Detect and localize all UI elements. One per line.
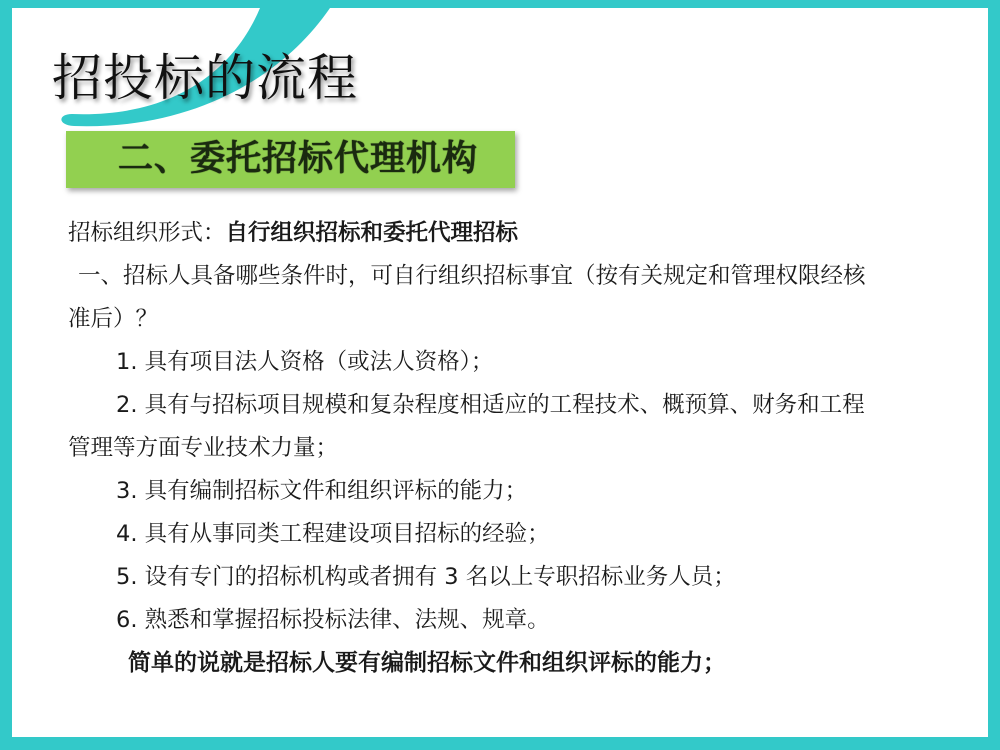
condition-item-1: 1. 具有项目法人资格（或法人资格）； <box>68 341 968 384</box>
slide-title: 招投标的流程 <box>52 48 358 108</box>
condition-item-2: 2. 具有与招标项目规模和复杂程度相适应的工程技术、概预算、财务和工程 <box>68 384 968 427</box>
slide-canvas: 招投标的流程 二、委托招标代理机构 招标组织形式：自行组织招标和委托代理招标 一… <box>12 8 988 737</box>
section-header-text: 二、委托招标代理机构 <box>118 137 478 182</box>
question-line-2: 准后）？ <box>68 298 968 341</box>
organization-form-line: 招标组织形式：自行组织招标和委托代理招标 <box>68 212 968 255</box>
question-line-1: 一、招标人具备哪些条件时，可自行组织招标事宜（按有关规定和管理权限经核 <box>68 255 968 298</box>
slide-body: 招标组织形式：自行组织招标和委托代理招标 一、招标人具备哪些条件时，可自行组织招… <box>68 212 968 685</box>
summary-statement: 简单的说就是招标人要有编制招标文件和组织评标的能力； <box>68 642 968 685</box>
condition-item-4: 4. 具有从事同类工程建设项目招标的经验； <box>68 513 968 556</box>
condition-item-6: 6. 熟悉和掌握招标投标法律、法规、规章。 <box>68 599 968 642</box>
section-header-bar: 二、委托招标代理机构 <box>66 131 515 188</box>
condition-item-5: 5. 设有专门的招标机构或者拥有 3 名以上专职招标业务人员； <box>68 556 968 599</box>
condition-item-3: 3. 具有编制招标文件和组织评标的能力； <box>68 470 968 513</box>
organization-form-label: 招标组织形式： <box>68 220 226 246</box>
organization-form-value: 自行组织招标和委托代理招标 <box>226 220 519 246</box>
condition-item-2-continuation: 管理等方面专业技术力量； <box>68 427 968 470</box>
